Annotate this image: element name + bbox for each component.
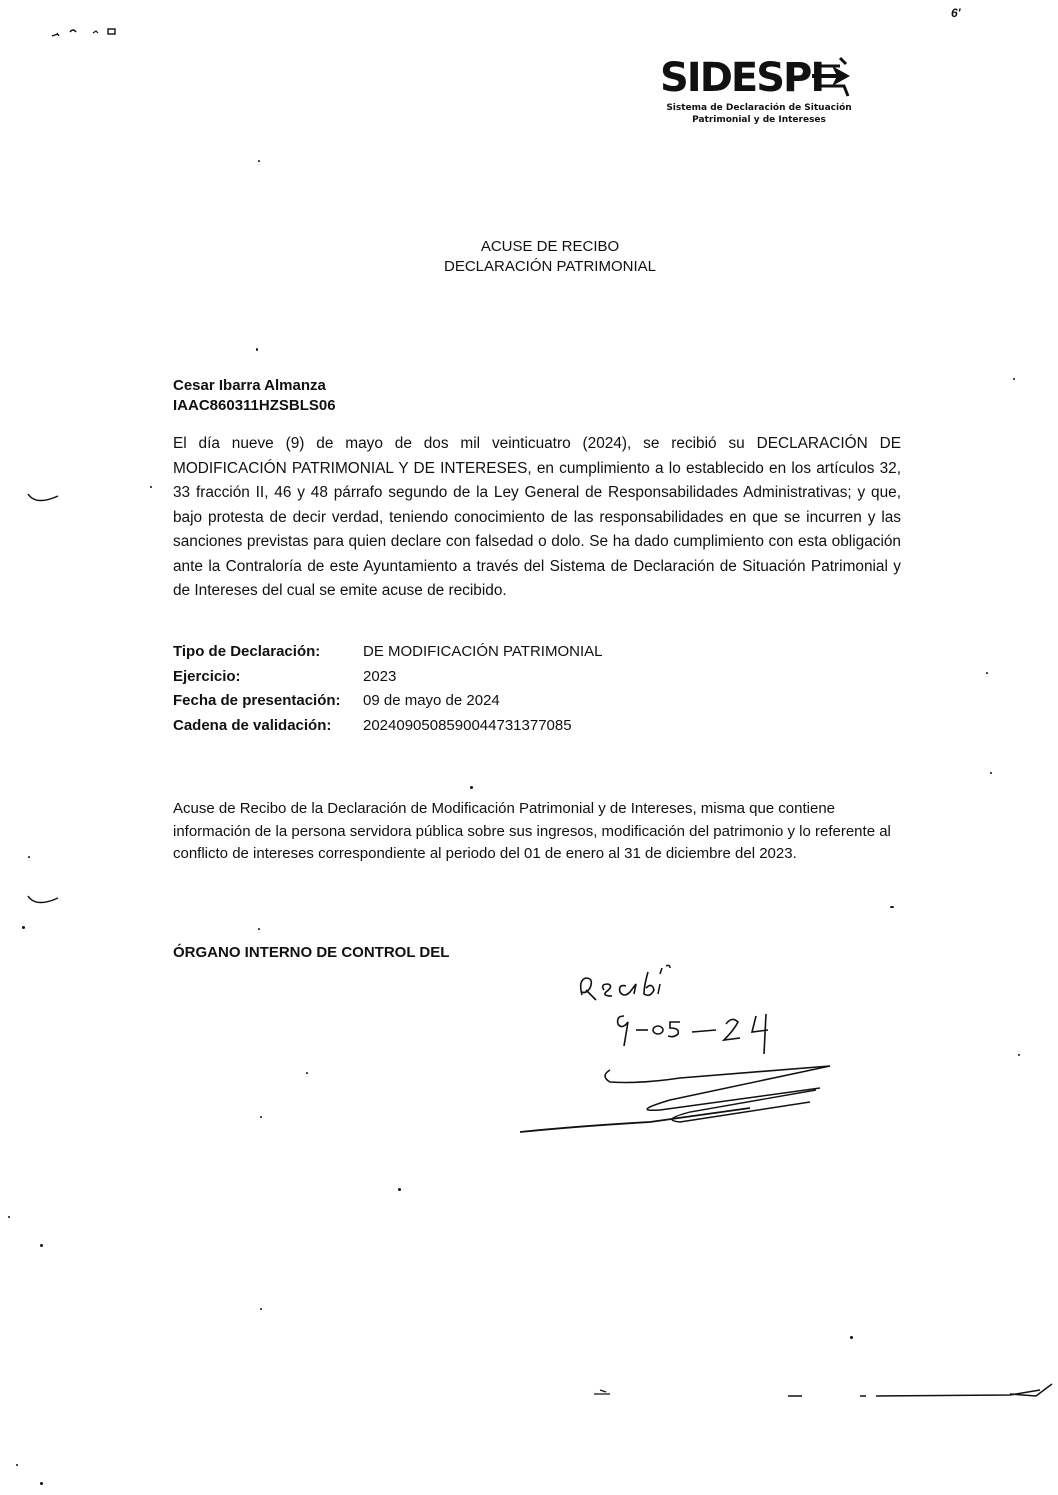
scan-speck [470,786,473,789]
scan-speck [16,1464,18,1466]
left-margin-mark-1 [26,490,62,506]
receipt-statement: El día nueve (9) de mayo de dos mil vein… [173,432,901,604]
scan-speck [306,1072,308,1074]
recipient-block: Cesar Ibarra Almanza IAAC860311HZSBLS06 [173,376,336,416]
field-cadena-validacion: Cadena de validación: 202409050859004473… [173,714,602,739]
bottom-scan-line [590,1382,1058,1406]
scan-speck [40,1482,43,1485]
scan-speck [28,856,30,858]
scan-speck [398,1188,401,1191]
signature-icon [520,950,860,1140]
recipient-id: IAAC860311HZSBLS06 [173,396,336,416]
left-margin-mark-2 [26,892,62,908]
field-ejercicio: Ejercicio: 2023 [173,665,602,690]
page-mark: 6' [951,6,961,20]
scan-speck [40,1244,43,1247]
scan-speck [850,1336,853,1339]
scan-speck [260,1116,262,1118]
scan-speck [150,486,152,488]
scan-speck [258,160,260,162]
closing-statement: Acuse de Recibo de la Declaración de Mod… [173,798,903,866]
logo-subtitle: Sistema de Declaración de Situación Patr… [656,102,862,126]
scan-speck [986,672,988,674]
organ-label: ÓRGANO INTERNO DE CONTROL DEL [173,944,449,961]
document-title: ACUSE DE RECIBO DECLARACIÓN PATRIMONIAL [380,237,720,277]
recipient-name: Cesar Ibarra Almanza [173,376,336,396]
field-fecha-presentacion: Fecha de presentación: 09 de mayo de 202… [173,689,602,714]
scan-speck [1018,1054,1020,1056]
scan-speck [258,928,260,930]
scan-speck [1013,378,1015,380]
scan-speck [256,348,258,351]
field-tipo-declaracion: Tipo de Declaración: DE MODIFICACIÓN PAT… [173,640,602,665]
logo-text: SIDESPI [660,58,823,98]
sidespi-logo: SIDESPI Sistema de Declaración de Situac… [660,52,870,132]
handwritten-receipt-signature [520,950,860,1140]
arrow-logo-icon [810,56,856,98]
scan-speck [8,1216,10,1218]
declaration-details: Tipo de Declaración: DE MODIFICACIÓN PAT… [173,640,602,738]
scan-artifact-top-left [50,26,120,40]
scan-speck [260,1308,262,1310]
scan-speck [890,906,894,908]
scan-speck [990,772,992,774]
scan-speck [22,926,25,929]
